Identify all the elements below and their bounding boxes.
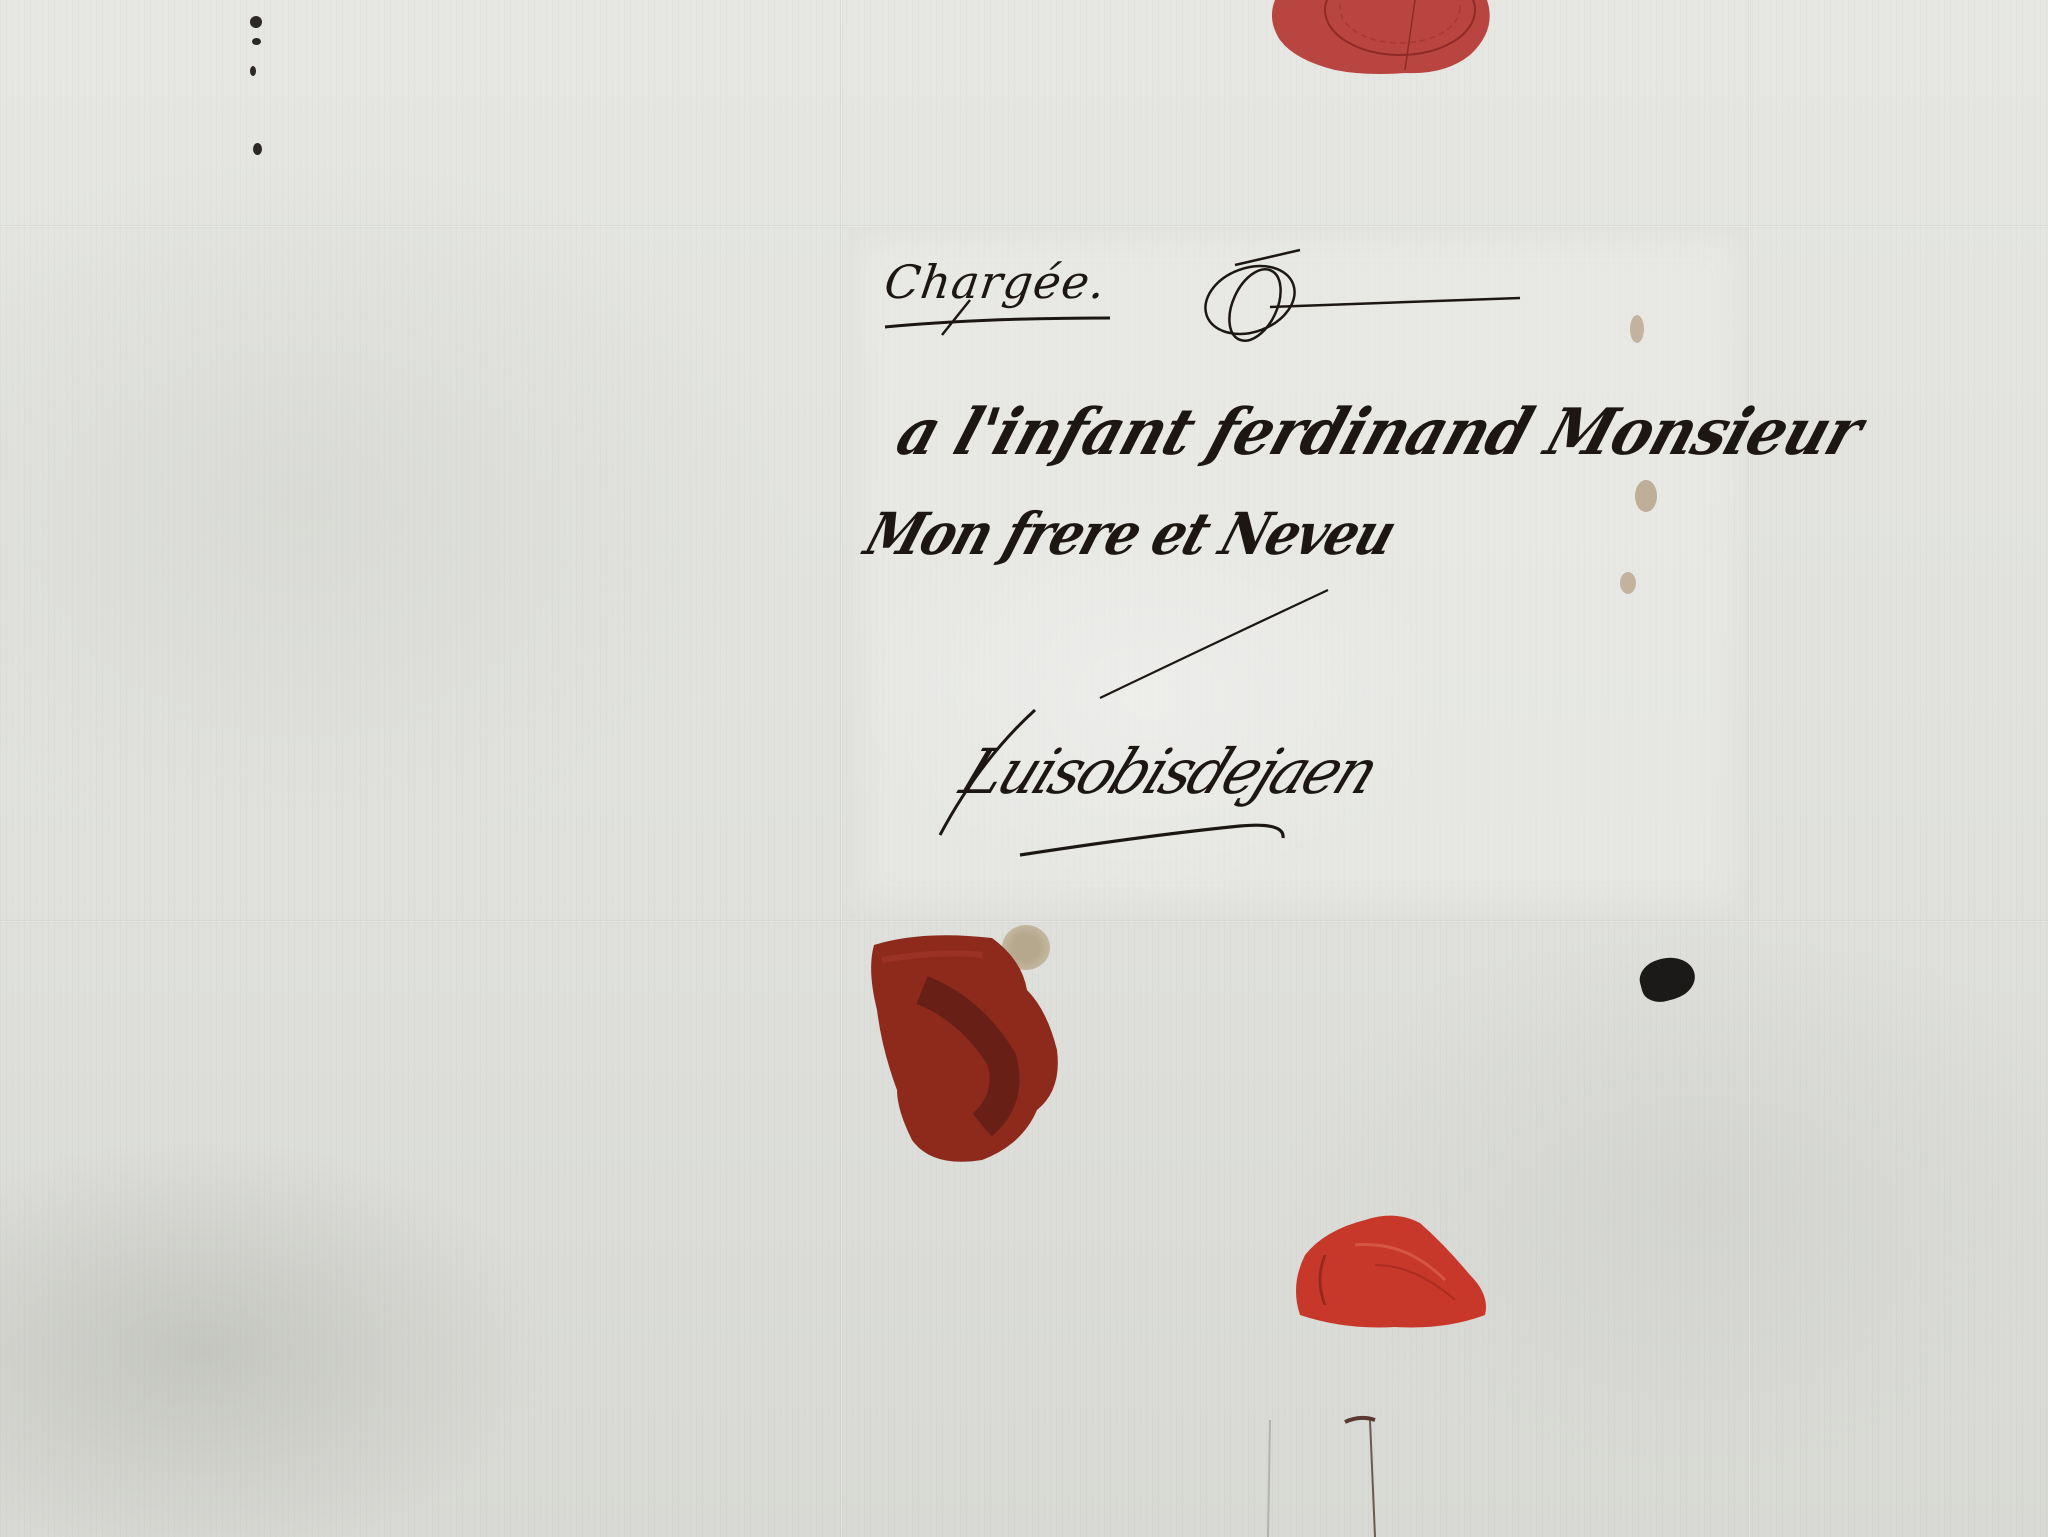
wax-seal-top <box>1265 0 1495 78</box>
ink-speck <box>250 66 256 76</box>
address-line-1: a l'infant ferdinand Monsieur <box>888 395 1871 470</box>
signature: Luisobisdejaen <box>951 735 1388 808</box>
torn-flap <box>1260 1400 1410 1537</box>
ink-speck <box>252 38 261 45</box>
annotation-chargee: Chargée. <box>881 255 1109 309</box>
wax-seal-left <box>862 930 1062 1165</box>
address-panel <box>848 228 1748 918</box>
foxing-spot <box>1620 572 1636 594</box>
fold-line-vertical-right <box>1748 0 1751 1537</box>
ink-blot <box>1636 952 1700 1007</box>
ink-speck <box>253 143 262 155</box>
foxing-spot <box>1630 315 1644 343</box>
wax-seal-bottom <box>1285 1205 1500 1335</box>
ink-speck <box>250 16 262 28</box>
letter-paper: Chargée. a l'infant ferdinand Monsieur M… <box>0 0 2048 1537</box>
fold-line-horizontal-middle <box>0 920 2048 923</box>
fold-line-vertical-left <box>840 0 843 1537</box>
foxing-spot <box>1635 480 1657 512</box>
address-line-2: Mon frere et Neveu <box>857 500 1403 568</box>
